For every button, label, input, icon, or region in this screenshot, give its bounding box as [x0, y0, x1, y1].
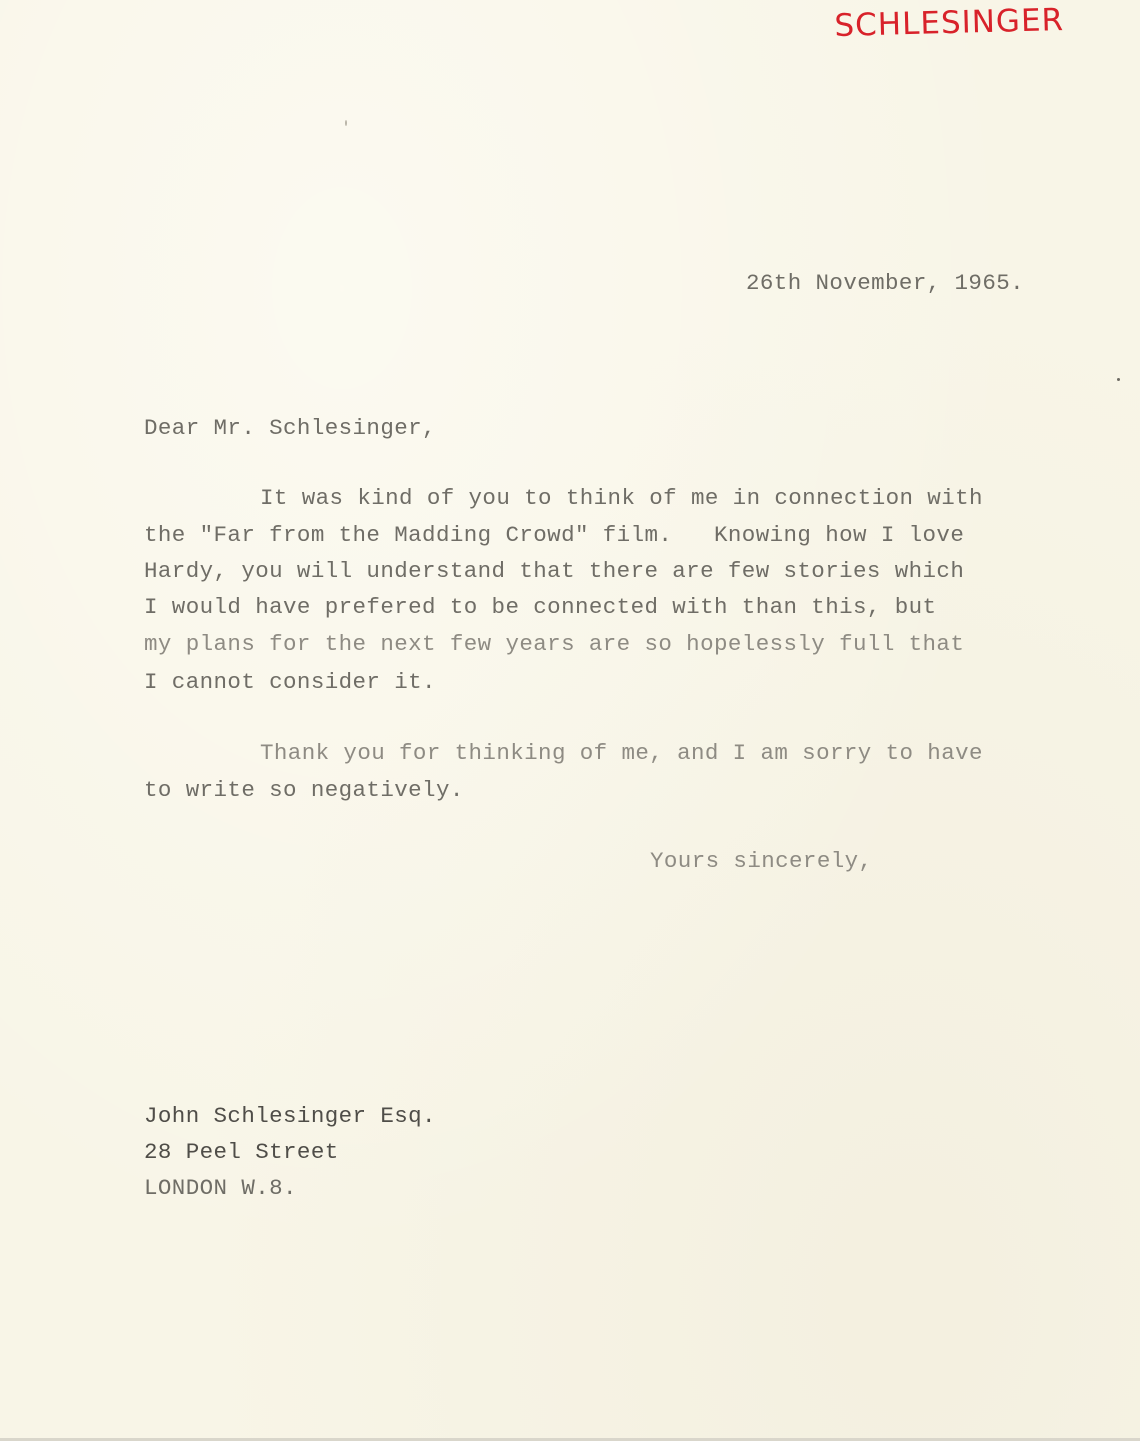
- closing: Yours sincerely,: [650, 848, 872, 874]
- address-line: John Schlesinger Esq.: [144, 1103, 436, 1129]
- body-line: my plans for the next few years are so h…: [144, 631, 964, 657]
- body-line: I cannot consider it.: [144, 669, 436, 695]
- address-line: LONDON W.8.: [144, 1175, 297, 1201]
- handwritten-annotation: SCHLESINGER: [834, 2, 1065, 44]
- letter-date: 26th November, 1965.: [746, 270, 1024, 296]
- paper-mark: [345, 120, 347, 126]
- address-line: 28 Peel Street: [144, 1139, 339, 1165]
- letter-page: SCHLESINGER 26th November, 1965. Dear Mr…: [0, 0, 1140, 1441]
- paper-speck: [1117, 378, 1120, 381]
- body-line: I would have prefered to be connected wi…: [144, 594, 936, 620]
- body-line: the "Far from the Madding Crowd" film. K…: [144, 522, 964, 548]
- body-line: Thank you for thinking of me, and I am s…: [260, 740, 983, 766]
- salutation: Dear Mr. Schlesinger,: [144, 415, 436, 441]
- body-line: to write so negatively.: [144, 777, 464, 803]
- body-line: Hardy, you will understand that there ar…: [144, 558, 964, 584]
- body-line: It was kind of you to think of me in con…: [260, 485, 983, 511]
